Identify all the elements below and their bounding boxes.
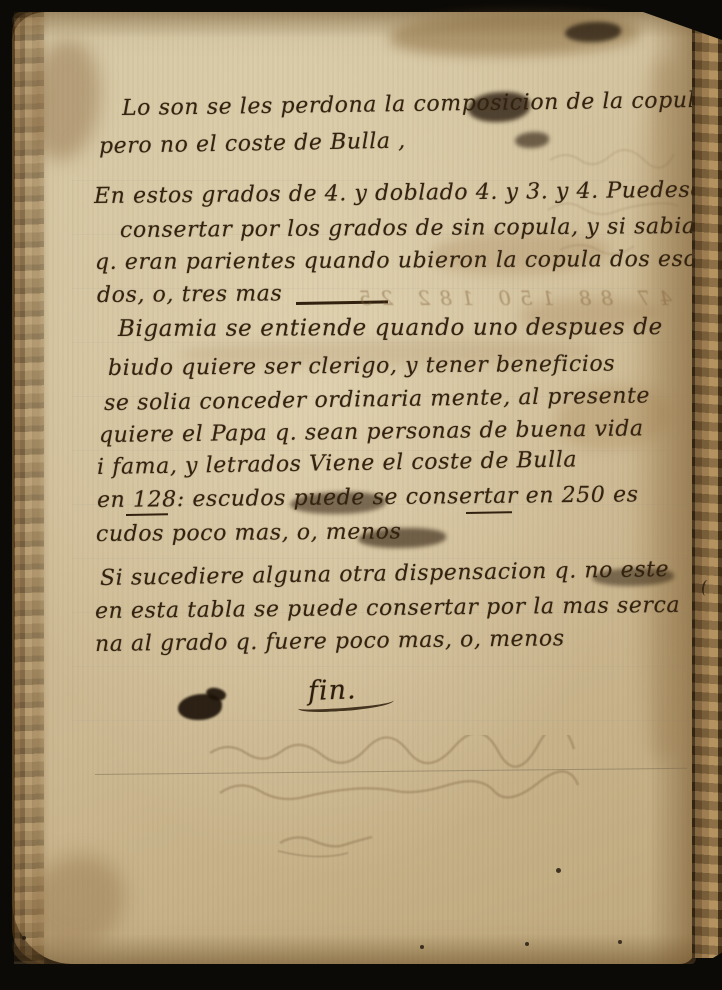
manuscript-photo: Lo son se les perdona la composicion de … [0, 0, 722, 990]
fore-edge-strip [692, 26, 722, 958]
manuscript-line: cudos poco mas, o, menos [96, 519, 402, 547]
speck [22, 936, 26, 940]
speck [556, 868, 561, 873]
manuscript-line: dos, o, tres mas [97, 281, 283, 308]
speck [618, 940, 622, 944]
show-through-numbers: 47 88 150 182 25 [352, 286, 672, 310]
speck [525, 942, 529, 946]
bottom-edge-shading [12, 934, 696, 964]
manuscript-line: biudo quiere ser clerigo, y tener benefi… [108, 352, 615, 381]
manuscript-line: pero no el coste de Bulla , [99, 129, 406, 159]
gutter-leaf-streaks [14, 12, 44, 964]
fore-edge-streaks [692, 26, 722, 958]
manuscript-line: consertar por los grados de sin copula, … [120, 214, 711, 243]
speck [420, 945, 424, 949]
manuscript-line: Bigamia se entiende quando uno despues d… [118, 314, 663, 342]
manuscript-line: q. eran parientes quando ubieron la copu… [95, 247, 711, 275]
